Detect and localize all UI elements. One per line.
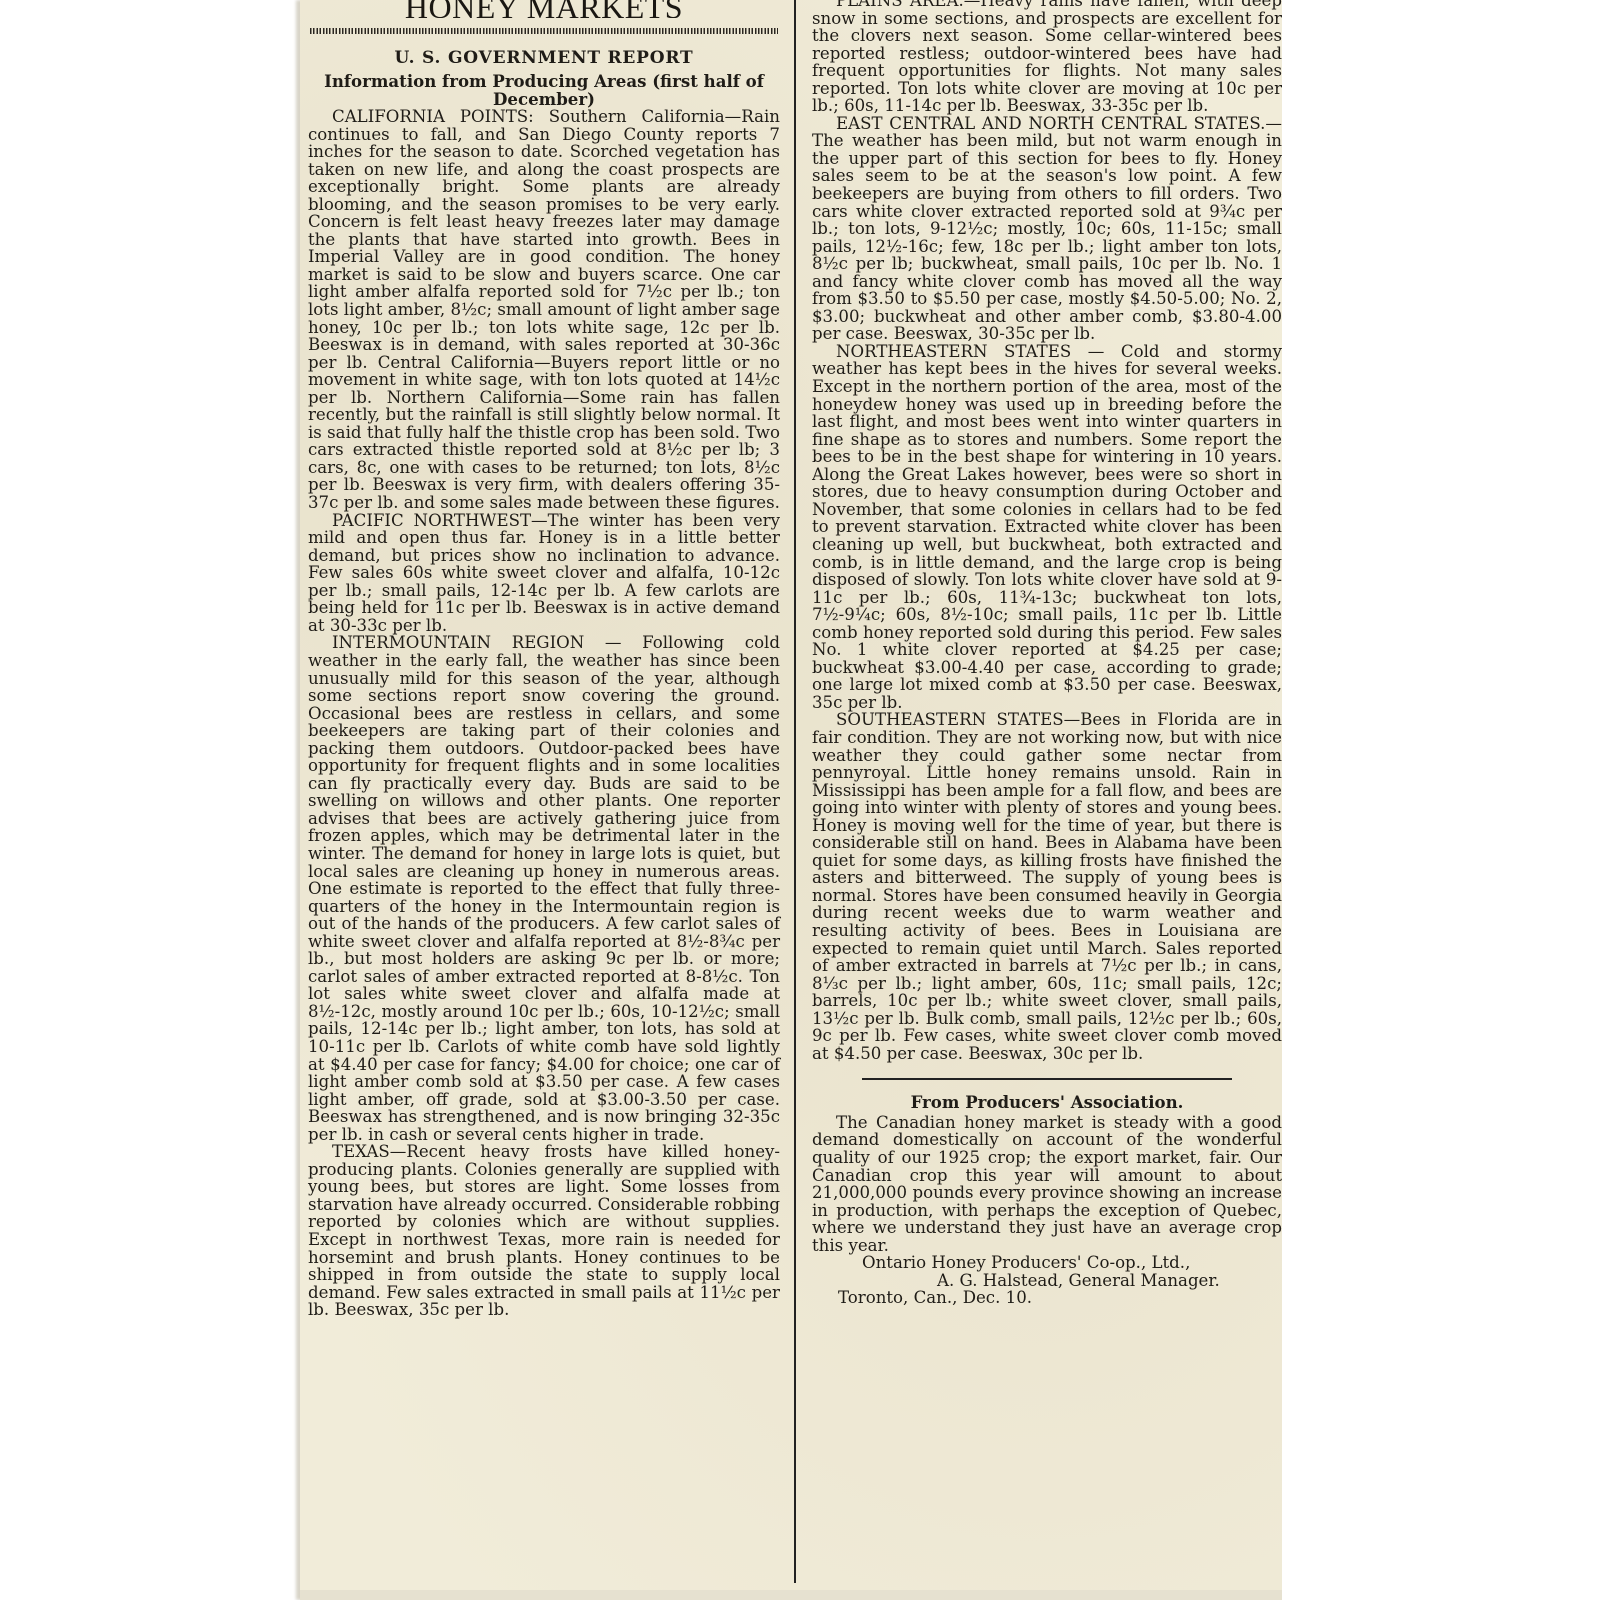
section-southeastern: SOUTHEASTERN STATES—Bees in Florida are … [812, 711, 1282, 1062]
left-column: HONEY MARKETS U. S. GOVERNMENT REPORT In… [308, 0, 780, 1319]
newspaper-page: HONEY MARKETS U. S. GOVERNMENT REPORT In… [300, 0, 1282, 1600]
dotted-rule [310, 28, 778, 34]
signature-org: Ontario Honey Producers' Co-op., Ltd., [812, 1254, 1282, 1272]
section-california: CALIFORNIA POINTS: Southern California—R… [308, 108, 780, 512]
column-divider [794, 0, 796, 1583]
masthead-title: HONEY MARKETS [308, 0, 780, 18]
section-intermountain: INTERMOUNTAIN REGION — Following cold we… [308, 634, 780, 1143]
section-northeastern: NORTHEASTERN STATES — Cold and stormy we… [812, 343, 1282, 711]
association-text: The Canadian honey market is steady with… [812, 1114, 1282, 1254]
report-subheading: Information from Producing Areas (first … [308, 72, 780, 108]
association-heading: From Producers' Association. [812, 1094, 1282, 1112]
section-plains-area: PLAINS AREA.—Heavy rains have fallen, wi… [812, 0, 1282, 115]
signature-name: A. G. Halstead, General Manager. [812, 1272, 1282, 1290]
signature-place: Toronto, Can., Dec. 10. [812, 1289, 1282, 1307]
section-texas: TEXAS—Recent heavy frosts have killed ho… [308, 1143, 780, 1318]
report-heading: U. S. GOVERNMENT REPORT [308, 48, 780, 68]
section-rule [862, 1078, 1232, 1080]
section-east-north-central: EAST CENTRAL AND NORTH CENTRAL STATES.—T… [812, 115, 1282, 343]
page-edge [300, 1590, 1282, 1600]
right-column: PLAINS AREA.—Heavy rains have fallen, wi… [812, 0, 1282, 1307]
section-pacific-northwest: PACIFIC NORTHWEST—The winter has been ve… [308, 512, 780, 635]
